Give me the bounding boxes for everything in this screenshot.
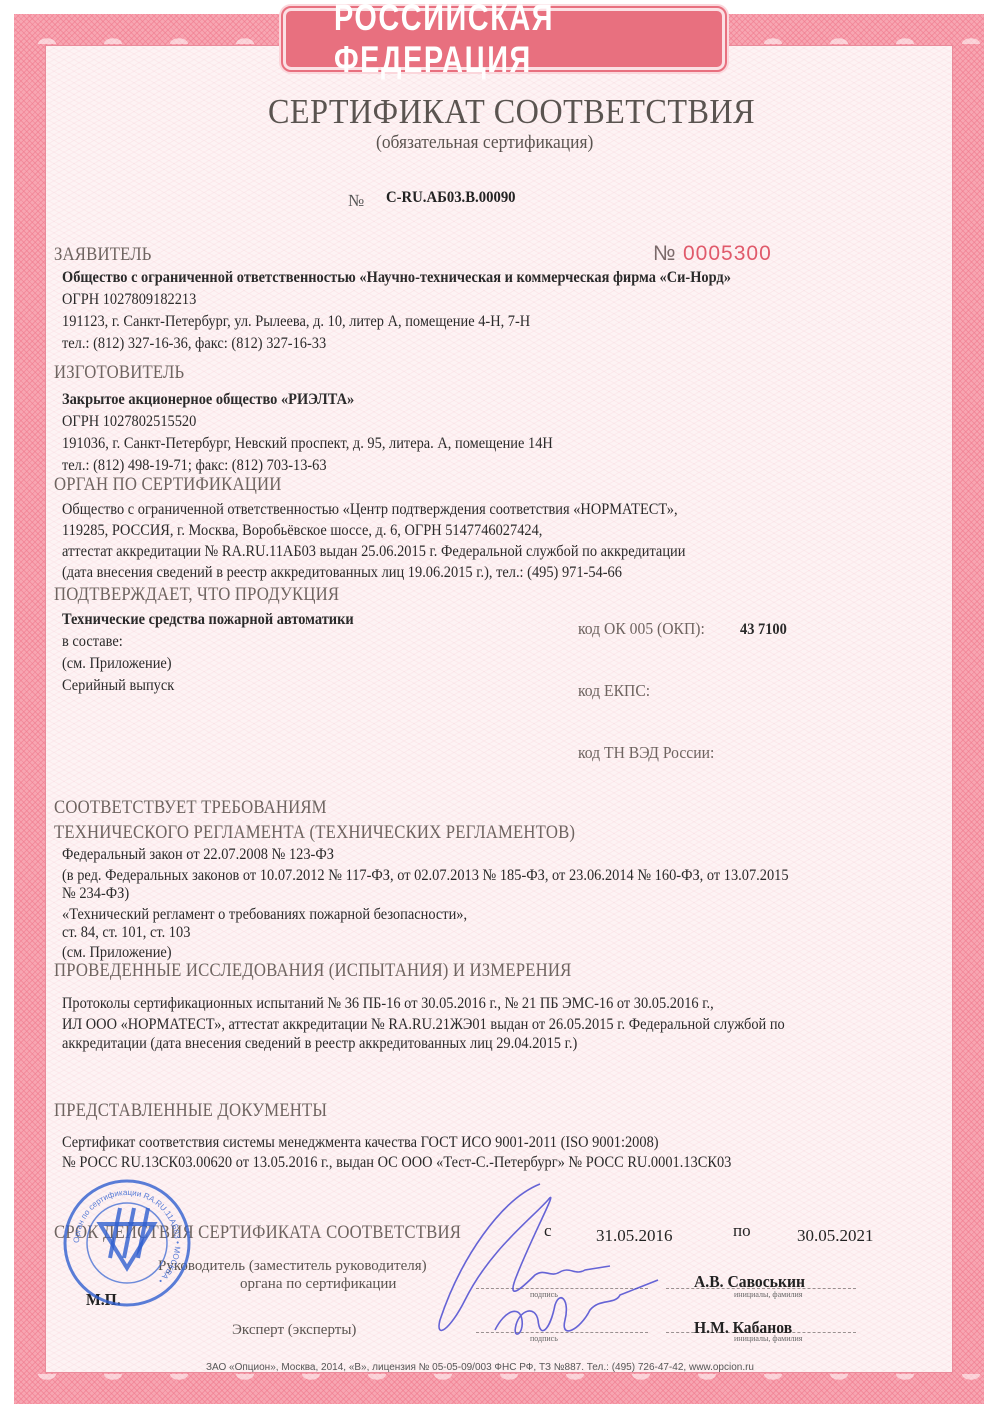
requirements-heading: СООТВЕТСТВУЕТ ТРЕБОВАНИЯМ [54, 797, 327, 819]
product-line: (см. Приложение) [62, 654, 172, 674]
border-pattern-bottom [14, 1374, 984, 1400]
certification-body-line: Общество с ограниченной ответственностью… [62, 500, 678, 520]
product-name: Технические средства пожарной автоматики [62, 610, 354, 630]
applicant-address: 191123, г. Санкт-Петербург, ул. Рылеева,… [62, 312, 530, 332]
product-line: в составе: [62, 632, 123, 652]
country-banner: РОССИЙСКАЯ ФЕДЕРАЦИЯ [283, 8, 725, 70]
okp-code-label: код ОК 005 (ОКП): [578, 619, 705, 639]
serial-number-sign: № [653, 242, 676, 266]
head-signature-icon [439, 1184, 610, 1330]
documents-line: № РОСС RU.13СК03.00620 от 13.05.2016 г.,… [62, 1153, 731, 1173]
certificate-body [45, 45, 953, 1373]
requirement-line: ст. 84, ст. 101, ст. 103 [62, 923, 190, 943]
certification-body-heading: ОРГАН ПО СЕРТИФИКАЦИИ [54, 474, 281, 496]
requirement-line: (в ред. Федеральных законов от 10.07.201… [62, 866, 789, 886]
printer-footer: ЗАО «Опцион», Москва, 2014, «В», лицензи… [206, 1362, 754, 1373]
head-role-line1: Руководитель (заместитель руководителя) [158, 1258, 427, 1275]
certificate-subtitle: (обязательная сертификация) [376, 132, 593, 154]
requirement-line: «Технический регламент о требованиях пож… [62, 905, 467, 925]
manufacturer-heading: ИЗГОТОВИТЕЛЬ [54, 362, 184, 384]
documents-line: Сертификат соответствия системы менеджме… [62, 1133, 659, 1153]
certification-seal-stamp: Орган по сертификации RA.RU.11АБ03 • МОС… [62, 1178, 192, 1308]
product-heading: ПОДТВЕРЖДАЕТ, ЧТО ПРОДУКЦИЯ [54, 584, 339, 606]
head-role-line2: органа по сертификации [240, 1276, 396, 1293]
validity-to-date: 30.05.2021 [797, 1226, 874, 1246]
ekps-code-label: код ЕКПС: [578, 681, 650, 701]
tests-line: ИЛ ООО «НОРМАТЕСТ», аттестат аккредитаци… [62, 1015, 785, 1035]
tests-heading: ПРОВЕДЕННЫЕ ИССЛЕДОВАНИЯ (ИСПЫТАНИЯ) И И… [54, 960, 571, 982]
requirement-line: № 234-ФЗ) [62, 884, 129, 904]
head-name: А.В. Савоськин [694, 1272, 805, 1292]
banner-text: РОССИЙСКАЯ ФЕДЕРАЦИЯ [334, 0, 674, 81]
certificate-number: C-RU.АБ03.В.00090 [386, 189, 516, 207]
manufacturer-ogrn: ОГРН 1027802515520 [62, 412, 196, 432]
applicant-ogrn: ОГРН 1027809182213 [62, 290, 196, 310]
tests-line: аккредитации (дата внесения сведений в р… [62, 1034, 577, 1054]
manufacturer-address: 191036, г. Санкт-Петербург, Невский прос… [62, 434, 553, 454]
handwritten-signatures [420, 1180, 660, 1370]
certificate-title: СЕРТИФИКАТ СООТВЕТСТВИЯ [268, 92, 755, 132]
validity-to-label: по [733, 1221, 751, 1241]
manufacturer-name: Закрытое акционерное общество «РИЭЛТА» [62, 390, 354, 410]
certification-body-line: аттестат аккредитации № RA.RU.11АБ03 выд… [62, 542, 685, 562]
expert-role: Эксперт (эксперты) [232, 1322, 356, 1339]
applicant-name: Общество с ограниченной ответственностью… [62, 268, 731, 288]
okp-code-value: 43 7100 [740, 620, 787, 640]
requirement-line: Федеральный закон от 22.07.2008 № 123-ФЗ [62, 845, 334, 865]
manufacturer-phone: тел.: (812) 498-19-71; факс: (812) 703-1… [62, 456, 327, 476]
expert-name-caption: инициалы, фамилия [734, 1334, 802, 1343]
documents-heading: ПРЕДСТАВЛЕННЫЕ ДОКУМЕНТЫ [54, 1100, 327, 1122]
applicant-heading: ЗАЯВИТЕЛЬ [54, 244, 152, 266]
head-name-caption: инициалы, фамилия [734, 1290, 802, 1299]
serial-number: 0005300 [683, 242, 772, 266]
tnved-code-label: код ТН ВЭД России: [578, 743, 714, 763]
number-sign: № [348, 191, 364, 211]
certification-body-line: 119285, РОССИЯ, г. Москва, Воробьёвское … [62, 521, 542, 541]
regulation-heading: ТЕХНИЧЕСКОГО РЕГЛАМЕНТА (ТЕХНИЧЕСКИХ РЕГ… [54, 822, 575, 844]
tests-line: Протоколы сертификационных испытаний № 3… [62, 994, 714, 1014]
certification-body-line: (дата внесения сведений в реестр аккреди… [62, 563, 622, 583]
product-line: Серийный выпуск [62, 676, 174, 696]
applicant-phone: тел.: (812) 327-16-36, факс: (812) 327-1… [62, 334, 326, 354]
